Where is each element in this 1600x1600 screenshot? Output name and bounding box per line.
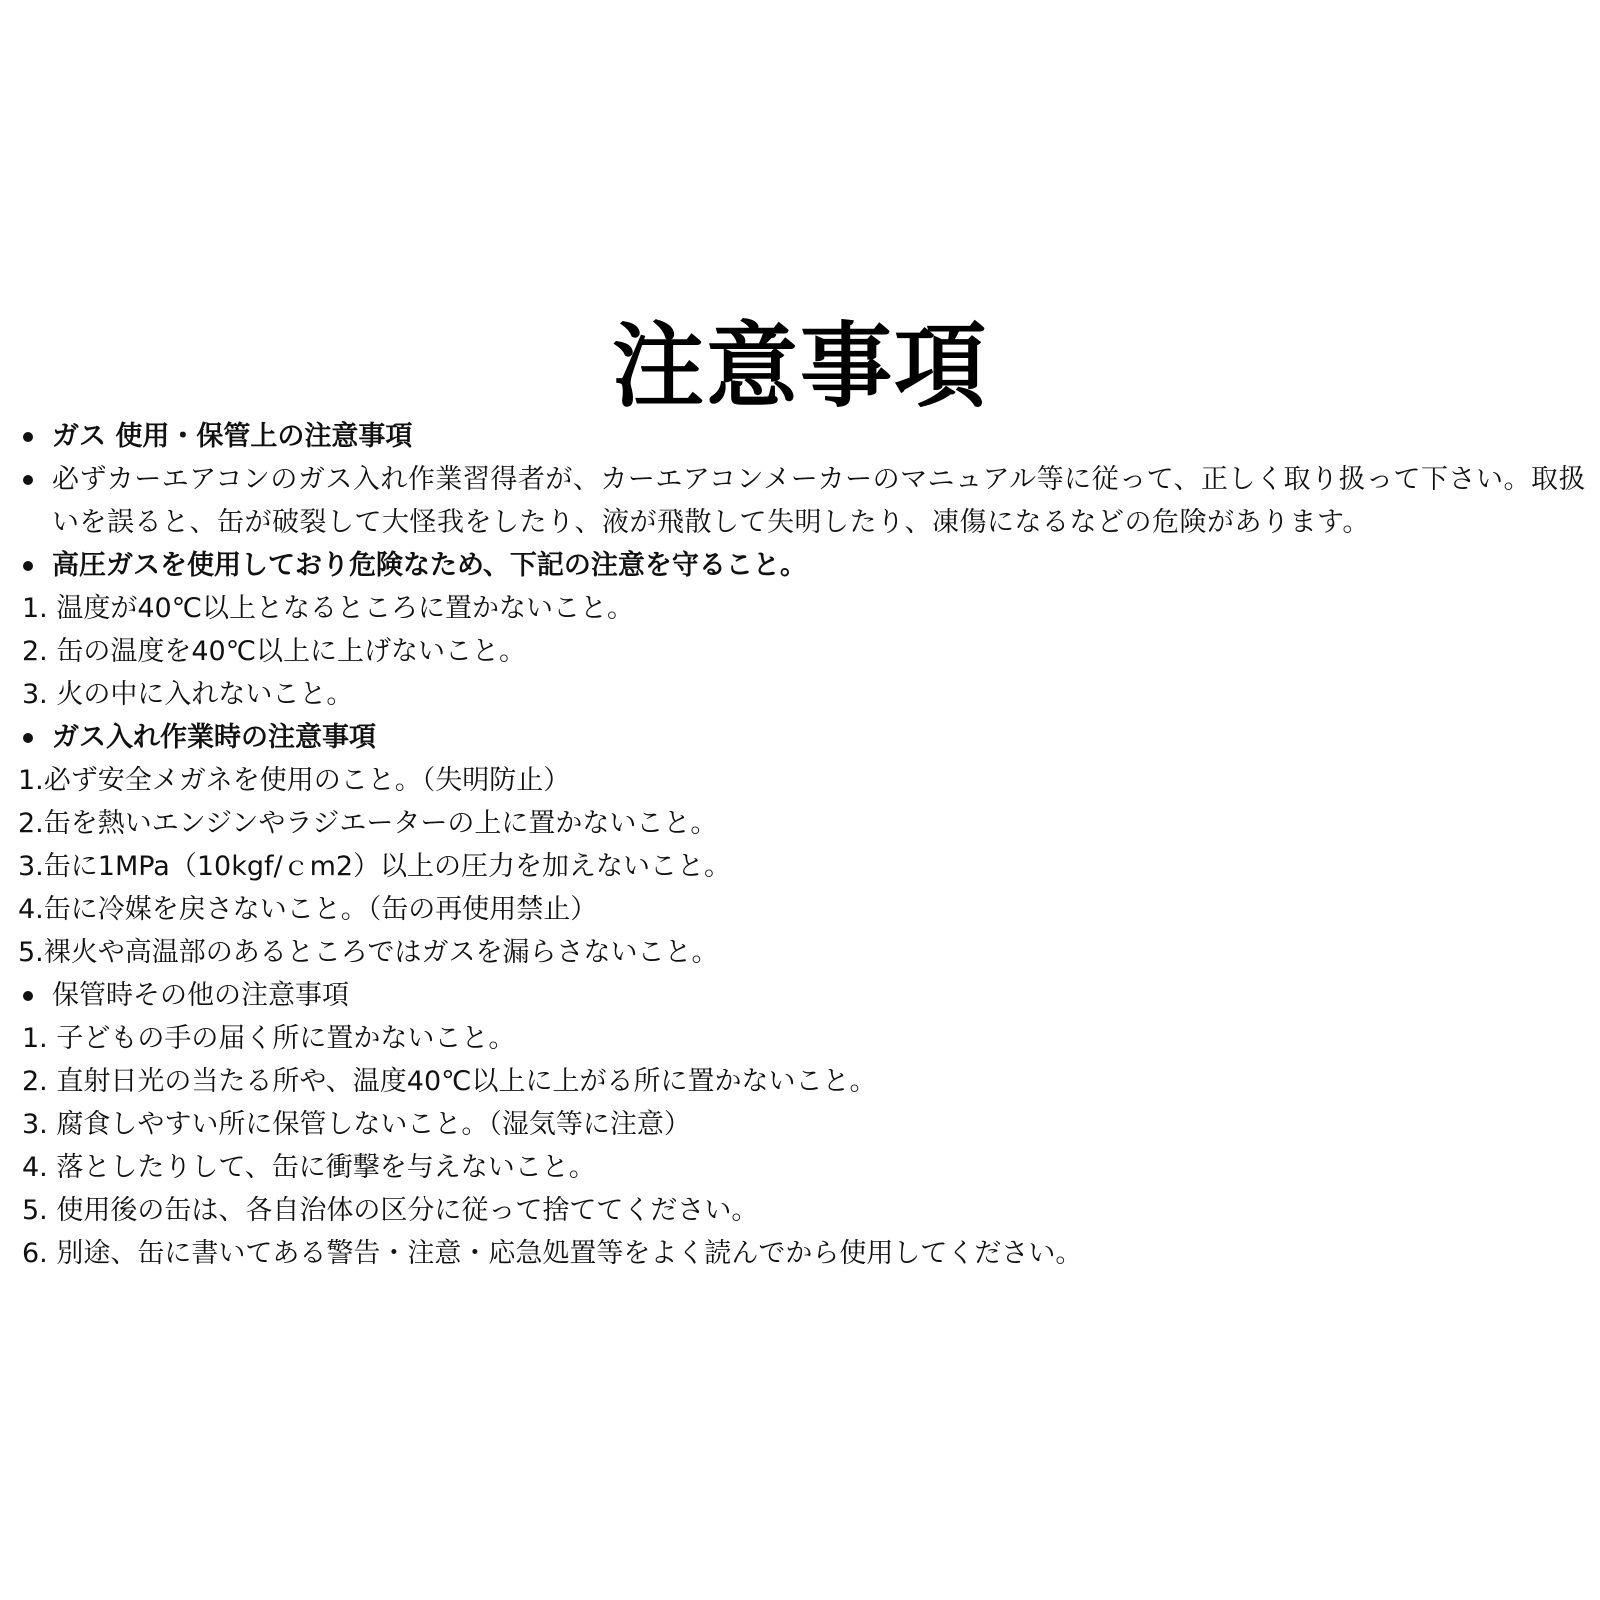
list-item: 1. 子どもの手の届く所に置かないこと。	[18, 1017, 1598, 1060]
list-item: 1. 温度が40℃以上となるところに置かないこと。	[18, 587, 1598, 630]
heading-text: 保管時その他の注意事項	[52, 974, 349, 1017]
list-item: 2. 缶の温度を40℃以上に上げないこと。	[18, 630, 1598, 673]
list-item: 3. 火の中に入れないこと。	[18, 673, 1598, 716]
section-heading-gas-filling: ガス入れ作業時の注意事項	[18, 716, 1598, 759]
list-item: 3. 腐食しやすい所に保管しないこと。（湿気等に注意）	[18, 1103, 1598, 1146]
notice-content: ガス 使用・保管上の注意事項 必ずカーエアコンのガス入れ作業習得者が、カーエアコ…	[18, 415, 1598, 1275]
list-item: 4.缶に冷媒を戻さないこと。（缶の再使用禁止）	[18, 888, 1598, 931]
bullet-icon	[18, 458, 52, 501]
bullet-icon	[18, 415, 52, 458]
list-item: 5.裸火や高温部のあるところではガスを漏らさないこと。	[18, 931, 1598, 974]
bullet-icon	[18, 716, 52, 759]
intro-paragraph: 必ずカーエアコンのガス入れ作業習得者が、カーエアコンメーカーのマニュアル等に従っ…	[18, 458, 1598, 544]
list-item: 2.缶を熱いエンジンやラジエーターの上に置かないこと。	[18, 802, 1598, 845]
list-item: 2. 直射日光の当たる所や、温度40℃以上に上がる所に置かないこと。	[18, 1060, 1598, 1103]
list-item: 5. 使用後の缶は、各自治体の区分に従って捨ててください。	[18, 1189, 1598, 1232]
list-item: 3.缶に1MPa（10kgf/ｃm2）以上の圧力を加えないこと。	[18, 845, 1598, 888]
list-item: 1.必ず安全メガネを使用のこと。（失明防止）	[18, 759, 1598, 802]
section-heading-usage-storage: ガス 使用・保管上の注意事項	[18, 415, 1598, 458]
heading-text: 高圧ガスを使用しており危険なため、下記の注意を守ること。	[52, 544, 807, 587]
bullet-icon	[18, 544, 52, 587]
section-heading-storage-other: 保管時その他の注意事項	[18, 974, 1598, 1017]
heading-text: ガス 使用・保管上の注意事項	[52, 415, 412, 458]
page-title: 注意事項	[0, 312, 1600, 422]
section-heading-high-pressure: 高圧ガスを使用しており危険なため、下記の注意を守ること。	[18, 544, 1598, 587]
list-item: 4. 落としたりして、缶に衝撃を与えないこと。	[18, 1146, 1598, 1189]
paragraph-text: 必ずカーエアコンのガス入れ作業習得者が、カーエアコンメーカーのマニュアル等に従っ…	[52, 458, 1598, 544]
heading-text: ガス入れ作業時の注意事項	[52, 716, 376, 759]
bullet-icon	[18, 974, 52, 1017]
list-item: 6. 別途、缶に書いてある警告・注意・応急処置等をよく読んでから使用してください…	[18, 1232, 1598, 1275]
